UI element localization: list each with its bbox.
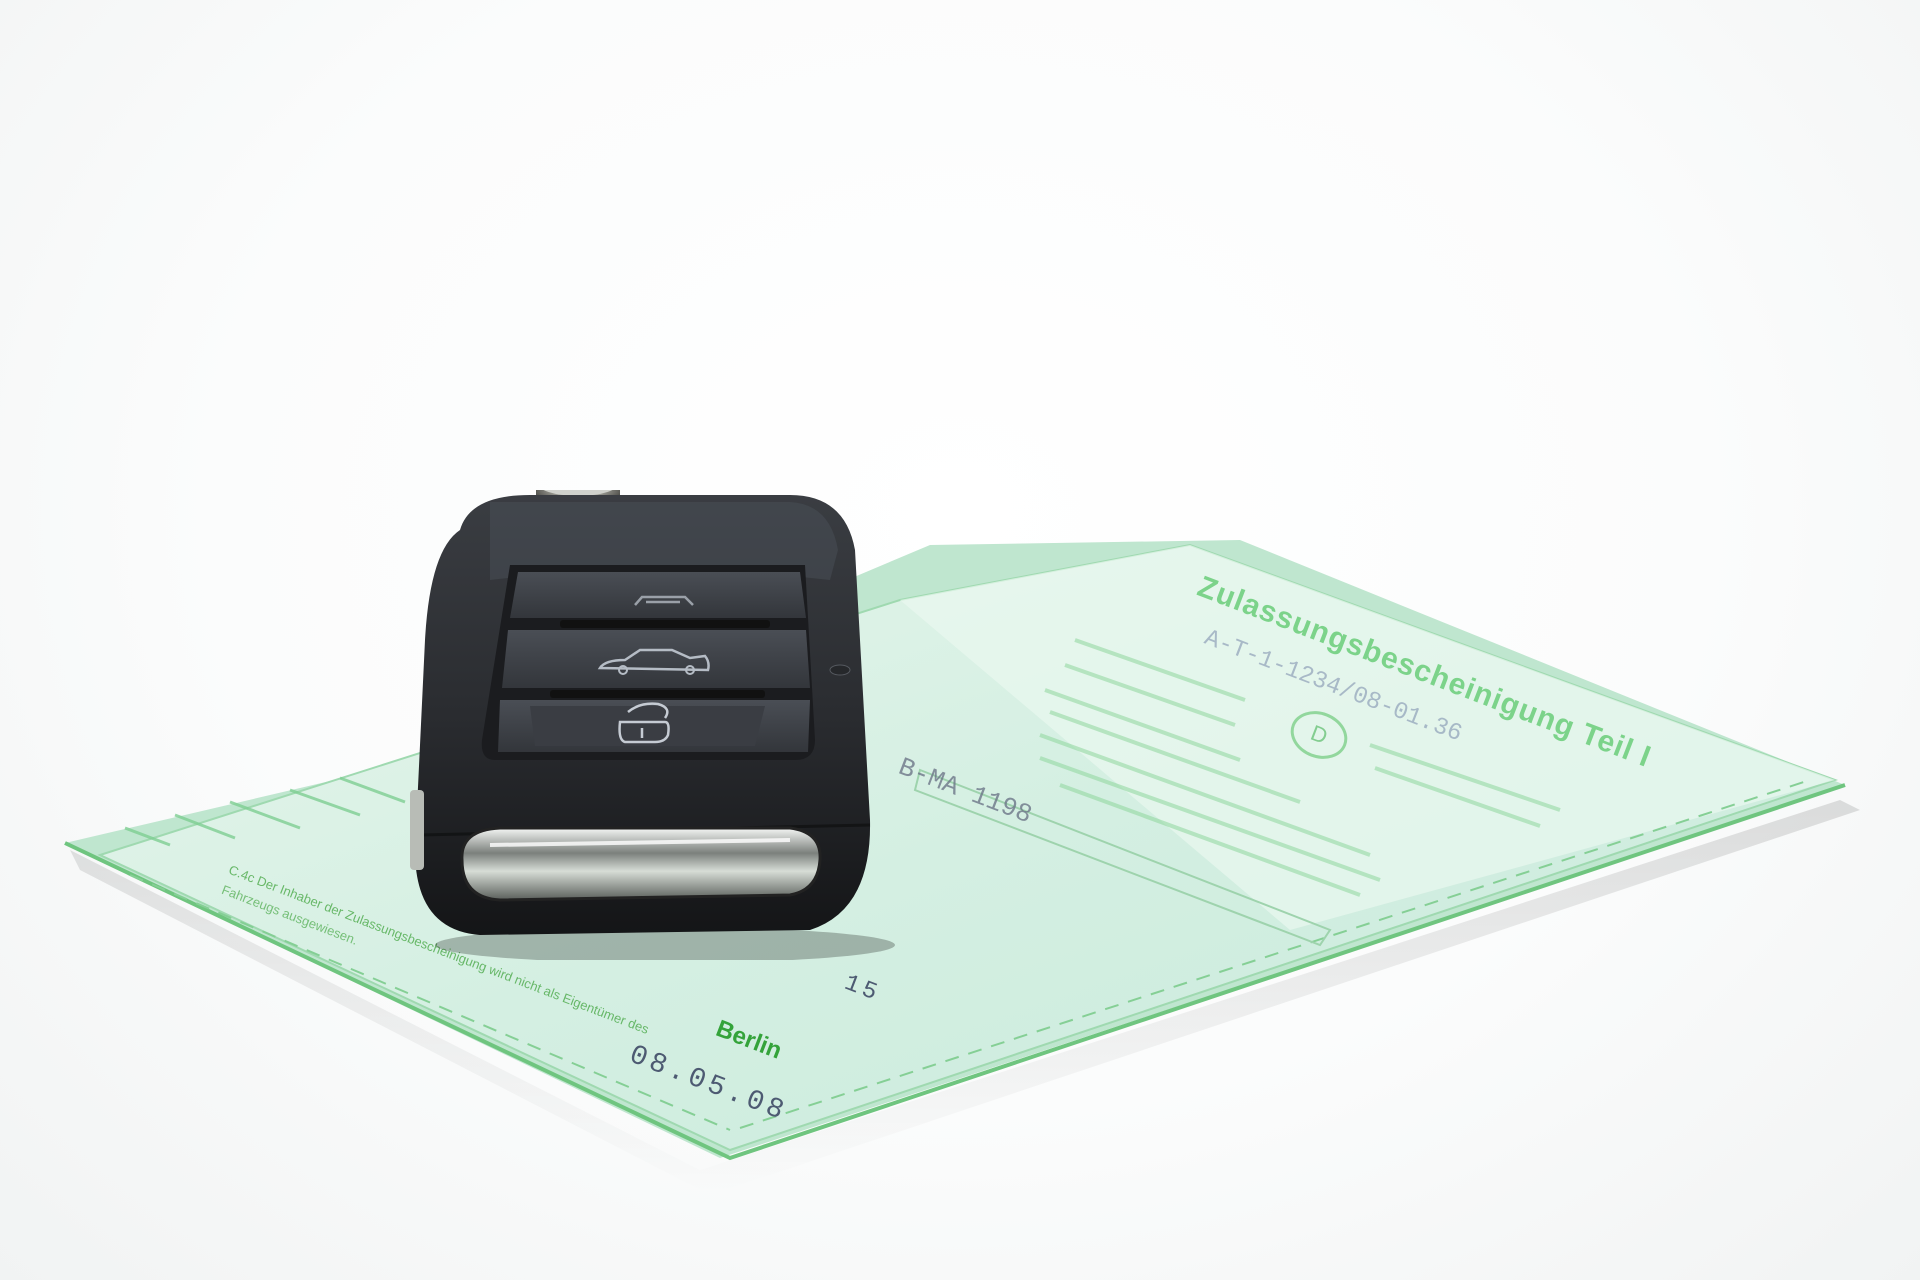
- registration-document: Zulassungsbescheinigung Teil I A-T-1-123…: [0, 0, 1920, 1280]
- unlock-button[interactable]: [498, 700, 810, 752]
- car-key-fob: [410, 490, 910, 960]
- photo-scene: Zulassungsbescheinigung Teil I A-T-1-123…: [0, 0, 1920, 1280]
- document-paper: [0, 0, 1920, 1280]
- trunk-button[interactable]: [510, 572, 806, 618]
- car-button[interactable]: [502, 630, 810, 688]
